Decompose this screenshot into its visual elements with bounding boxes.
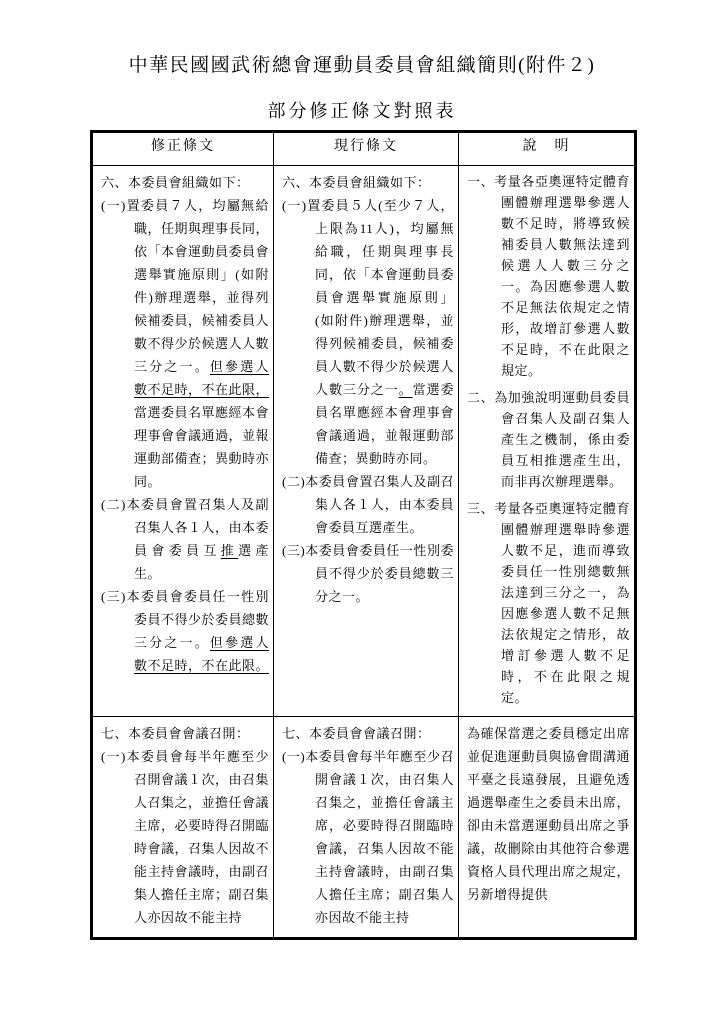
clause-text: 為確保當選之委員穩定出席並促進運動員與協會間溝通平臺之長遠發展，且避免透過選舉產… — [467, 726, 630, 902]
page-title: 中華民國國武術總會運動員委員會組織簡則(附件２) — [0, 50, 724, 77]
document-page: 中華民國國武術總會運動員委員會組織簡則(附件２) 部分修正條文對照表 修正條文 … — [0, 0, 724, 1024]
clause-paragraph: (一)置委員５人(至少７人，上限為11人)，均屬無給職，任期與理事長同，依「本會… — [282, 194, 454, 470]
clause-text: 為加強說明運動員委員會召集人及副召集人產生之機制，係由委員互相推選產生出，而非再… — [494, 390, 630, 489]
item-label: (一) — [282, 749, 305, 764]
clause-text: 本委員會委員任一性別委員不得少於委員總數三分之一。 — [305, 543, 454, 604]
header-amended: 修正條文 — [92, 132, 274, 166]
header-current: 現行條文 — [274, 132, 459, 166]
clause-paragraph: 七、本委員會會議召開： — [282, 722, 454, 745]
clause-paragraph: (三)本委員會委員任一性別委員不得少於委員總數三分之一。 — [282, 539, 454, 608]
cell-amended: 六、本委員會組織如下：(一)置委員７人，均屬無給職，任期與理事長同，依「本會運動… — [92, 166, 274, 717]
clause-paragraph: 六、本委員會組織如下： — [282, 171, 454, 194]
clause-paragraph: (一)本委員會每半年應至少召開會議１次，由召集人召集之，並擔任會議主席，必要時得… — [101, 745, 269, 929]
cell-current: 七、本委員會會議召開：(一)本委員會每半年應至少召開會議１次，由召集人召集之，並… — [274, 717, 459, 939]
comparison-table: 修正條文 現行條文 說 明 六、本委員會組織如下：(一)置委員７人，均屬無給職，… — [90, 130, 637, 940]
clause-paragraph: (一)本委員會每半年應至少召開會議１次，由召集人召集之，並擔任會議主席，必要時得… — [282, 745, 454, 929]
table-row: 七、本委員會會議召開：(一)本委員會每半年應至少召開會議１次，由召集人召集之，並… — [92, 717, 636, 939]
item-label: 七、 — [282, 726, 309, 741]
item-label: (一) — [101, 749, 126, 764]
clause-paragraph: 七、本委員會會議召開： — [101, 722, 269, 745]
item-label: (三) — [101, 589, 126, 604]
clause-paragraph: (二)本委員會置召集人及副召集人各１人，由本委員會委員互推選產生。 — [101, 493, 269, 585]
clause-text: 置委員７人，均屬無給職，任期與理事長同，依「本會運動員委員會選舉實施原則」(如附… — [126, 198, 269, 374]
clause-paragraph: (一)置委員７人，均屬無給職，任期與理事長同，依「本會運動員委員會選舉實施原則」… — [101, 194, 269, 493]
underlined-text: 。 — [399, 382, 413, 397]
clause-text: 本委員會組織如下： — [128, 175, 250, 190]
clause-paragraph: 六、本委員會組織如下： — [101, 171, 269, 194]
cell-explanation: 一、考量各亞奧運特定體育團體辦理選舉參選人數不足時，將導致候補委員人數無法達到候… — [459, 166, 636, 717]
item-label: 七、 — [101, 726, 128, 741]
clause-text: 當選委員名單應經本會理事會會議通過，並報運動部備查；異動時亦同。 — [134, 405, 269, 489]
clause-paragraph: 為確保當選之委員穩定出席並促進運動員與協會間溝通平臺之長遠發展，且避免透過選舉產… — [467, 722, 630, 906]
header-explanation: 說 明 — [459, 132, 636, 166]
item-label: 三、 — [467, 501, 494, 516]
clause-text: 本委員會會議召開： — [309, 726, 431, 741]
clause-text: 本委員會會議召開： — [128, 726, 250, 741]
item-label: 六、 — [101, 175, 128, 190]
item-label: 一、 — [467, 174, 494, 189]
table-body: 六、本委員會組織如下：(一)置委員７人，均屬無給職，任期與理事長同，依「本會運動… — [92, 166, 636, 939]
table-row: 六、本委員會組織如下：(一)置委員７人，均屬無給職，任期與理事長同，依「本會運動… — [92, 166, 636, 717]
clause-paragraph: (二)本委員會置召集人及副召集人各１人，由本委員會委員互選產生。 — [282, 470, 454, 539]
clause-text: 本委員會組織如下： — [309, 175, 431, 190]
cell-current: 六、本委員會組織如下：(一)置委員５人(至少７人，上限為11人)，均屬無給職，任… — [274, 166, 459, 717]
cell-explanation: 為確保當選之委員穩定出席並促進運動員與協會間溝通平臺之長遠發展，且避免透過選舉產… — [459, 717, 636, 939]
item-label: (二) — [282, 474, 305, 489]
clause-paragraph: 二、為加強說明運動員委員會召集人及副召集人產生之機制，係由委員互相推選產生出，而… — [467, 387, 630, 492]
item-label: 六、 — [282, 175, 309, 190]
item-label: (三) — [282, 543, 305, 558]
clause-text: 本委員會每半年應至少召開會議１次，由召集人召集之，並擔任會議主席，必要時得召開臨… — [305, 749, 454, 925]
item-label: 二、 — [467, 390, 494, 405]
cell-amended: 七、本委員會會議召開：(一)本委員會每半年應至少召開會議１次，由召集人召集之，並… — [92, 717, 274, 939]
clause-text: 本委員會置召集人及副召集人各１人，由本委員會委員互選產生。 — [305, 474, 454, 535]
clause-paragraph: 一、考量各亞奧運特定體育團體辦理選舉參選人數不足時，將導致候補委員人數無法達到候… — [467, 171, 630, 381]
item-label: (二) — [101, 497, 126, 512]
table-header: 修正條文 現行條文 說 明 — [92, 132, 636, 166]
clause-text: 考量各亞奧運特定體育團體辦理選舉時參選人數不足，進而導致委員任一性別總數無法達到… — [494, 501, 630, 705]
item-label: (一) — [282, 198, 307, 213]
clause-paragraph: 三、考量各亞奧運特定體育團體辦理選舉時參選人數不足，進而導致委員任一性別總數無法… — [467, 498, 630, 708]
clause-text: 本委員會每半年應至少召開會議１次，由召集人召集之，並擔任會議主席，必要時得召開臨… — [126, 749, 269, 925]
item-label: (一) — [101, 198, 126, 213]
clause-text: 考量各亞奧運特定體育團體辦理選舉參選人數不足時，將導致候補委員人數無法達到候選人… — [494, 174, 630, 378]
underlined-text: 推 — [221, 543, 238, 558]
page-subtitle: 部分修正條文對照表 — [0, 97, 724, 123]
clause-paragraph: (三)本委員會委員任一性別委員不得少於委員總數三分之一。但參選人數不足時，不在此… — [101, 585, 269, 677]
clause-text: 置委員５人(至少７人，上限為11人)，均屬無給職，任期與理事長同，依「本會運動員… — [307, 198, 454, 397]
